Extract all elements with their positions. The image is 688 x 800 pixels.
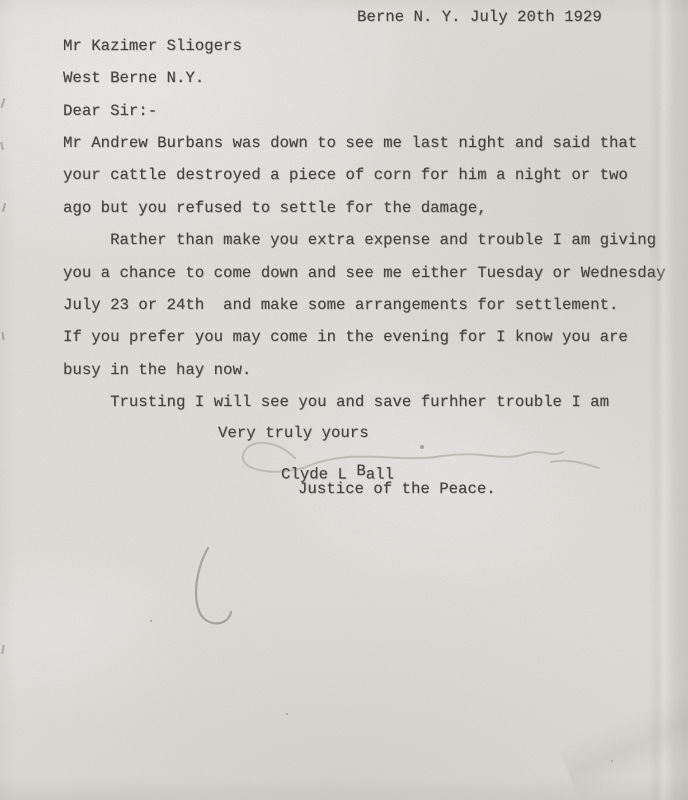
margin-tick-icon [1,98,6,108]
body-line: If you prefer you may come in the evenin… [63,321,666,353]
signature-name: Clyde L Ball [281,463,496,481]
body-line: busy in the hay now. [63,354,666,386]
letter-scan-page: Berne N. Y. July 20th 1929 Mr Kazimer Sl… [0,0,688,800]
margin-tick-icon [1,645,5,654]
recipient-block: Mr Kazimer Sliogers West Berne N.Y. Dear… [63,30,242,127]
letter-body: Mr Andrew Burbans was down to see me las… [63,127,666,419]
dust-speck [611,760,613,762]
body-line: Mr Andrew Burbans was down to see me las… [63,127,666,159]
margin-tick-icon [1,332,4,340]
dateline: Berne N. Y. July 20th 1929 [357,1,602,33]
signature-name-initial: B [356,462,365,480]
closing: Very truly yours [218,417,369,449]
body-line: ago but you refused to settle for the da… [63,192,666,224]
signature-block: Clyde L Ball Justice of the Peace. [281,463,496,499]
dust-speck [420,445,424,449]
signature-title: Justice of the Peace. [298,481,496,499]
body-line: Rather than make you extra expense and t… [63,224,666,256]
margin-tick-icon [2,203,6,212]
margin-tick-icon [0,142,4,150]
body-line: your cattle destroyed a piece of corn fo… [63,159,666,191]
paper-crease [557,658,688,800]
body-line: you a chance to come down and see me eit… [63,257,666,289]
recipient-address: West Berne N.Y. [63,62,242,94]
pencil-squiggle-mark [188,543,248,635]
salutation: Dear Sir:- [63,95,242,127]
body-line: July 23 or 24th and make some arrangemen… [63,289,666,321]
body-line: Trusting I will see you and save furhher… [63,386,666,418]
dust-speck [150,620,152,622]
recipient-name: Mr Kazimer Sliogers [63,30,242,62]
dust-speck [286,713,288,715]
